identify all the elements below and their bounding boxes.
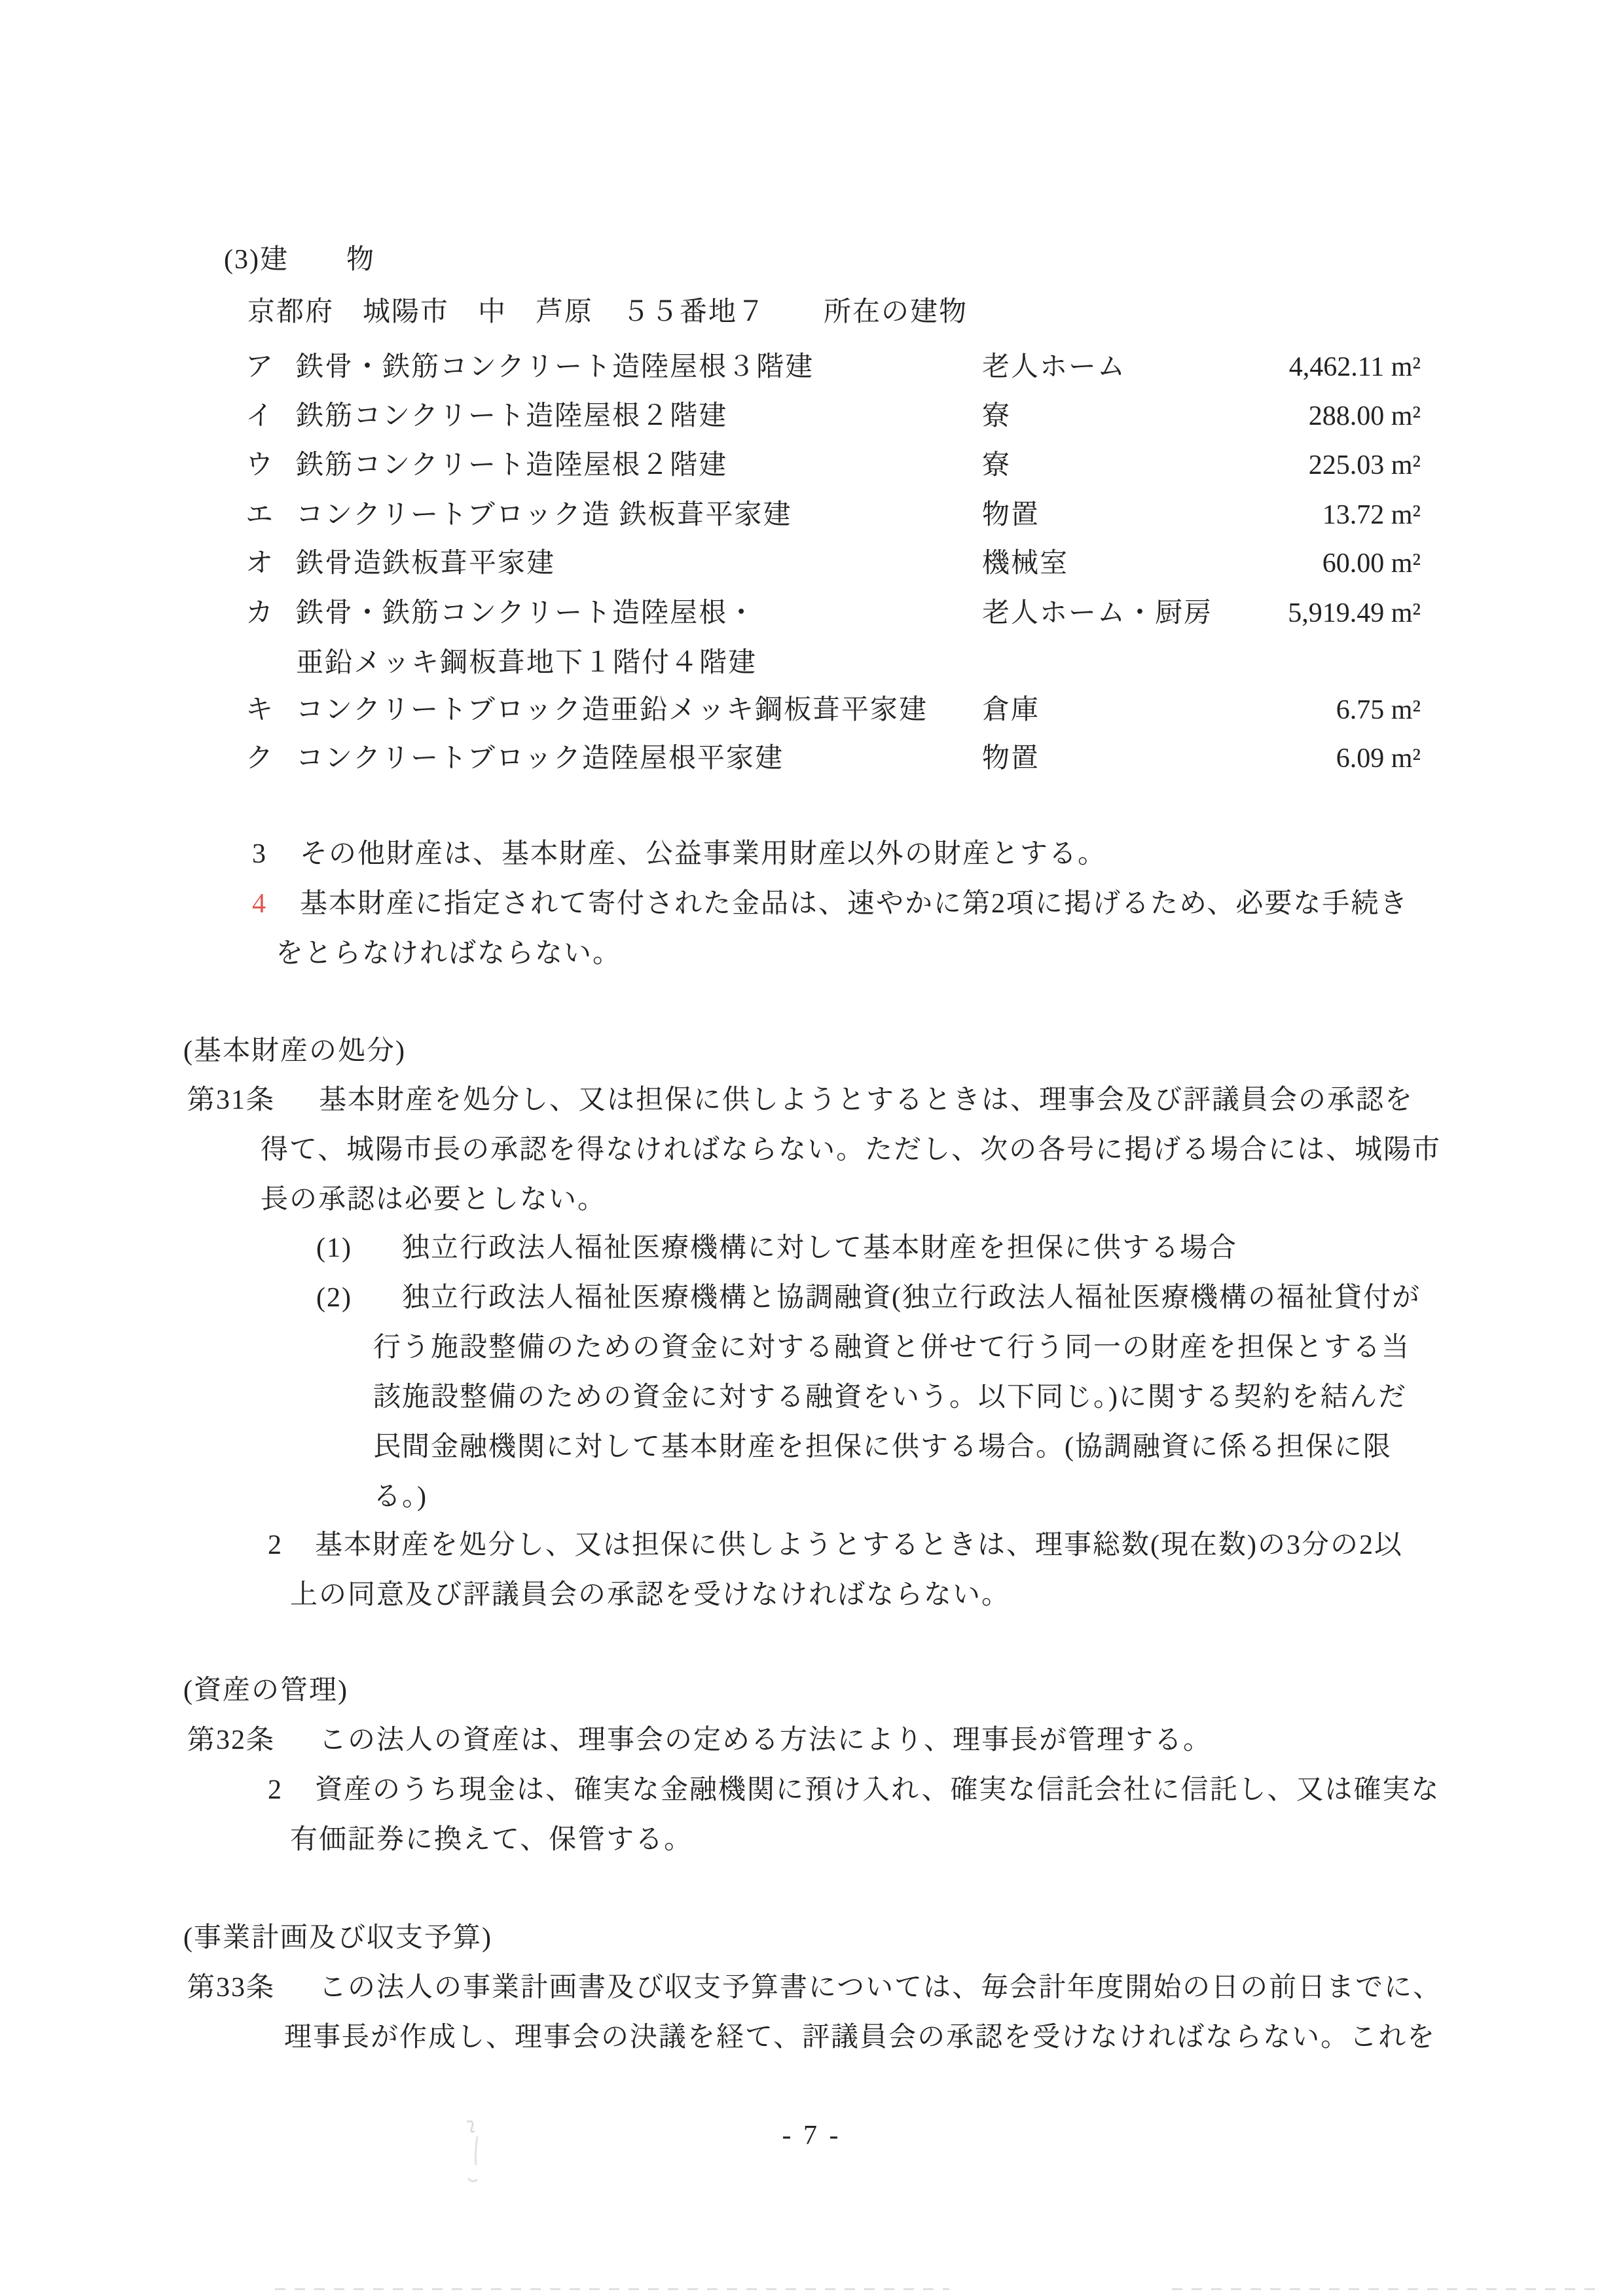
building-row-usage: 機械室 <box>982 550 1068 577</box>
building-row-usage: 寮 <box>982 452 1011 479</box>
article-32-heading: (資産の管理) <box>183 1677 348 1704</box>
building-row-area: 288.00 m² <box>1165 403 1421 430</box>
building-row: イ 鉄筋コンクリート造陸屋根２階建 寮 288.00 m² <box>0 403 1623 435</box>
article-31-item2-line4: 民間金融機関に対して基本財産を担保に供する場合。(協調融資に係る担保に限 <box>373 1433 1392 1461</box>
building-row-label: ア <box>246 353 273 381</box>
building-row-description: 鉄骨・鉄筋コンクリート造陸屋根・ <box>296 600 756 627</box>
article-32-label: 第32条 <box>187 1727 275 1754</box>
building-row-description: コンクリートブロック造陸屋根平家建 <box>296 745 784 772</box>
building-row: ウ 鉄筋コンクリート造陸屋根２階建 寮 225.03 m² <box>0 452 1623 484</box>
article-31-para2-line1: 基本財産を処分し、又は担保に供しようとするときは、理事総数(現在数)の3分の2以 <box>315 1532 1403 1559</box>
article-33-label: 第33条 <box>187 1974 275 2001</box>
building-row-usage: 物置 <box>982 745 1040 772</box>
article-31-item2-line2: 行う施設整備のための資金に対する融資と併せて行う同一の財産を担保とする当 <box>373 1334 1410 1361</box>
building-row: オ 鉄骨造鉄板葺平家建 機械室 60.00 m² <box>0 550 1623 583</box>
article-33-heading: (事業計画及び収支予算) <box>183 1924 492 1952</box>
article-33-line2: 理事長が作成し、理事会の決議を経て、評議員会の承認を受けなければならない。これを <box>284 2024 1436 2051</box>
building-row-description: コンクリートブロック造 鉄板葺平家建 <box>296 501 792 529</box>
building-row-area: 225.03 m² <box>1165 452 1421 479</box>
building-row-usage: 寮 <box>982 403 1011 430</box>
article-31-line2: 得て、城陽市長の承認を得なければならない。ただし、次の各号に掲げる場合には、城陽… <box>261 1136 1441 1164</box>
building-row-usage: 老人ホーム <box>982 353 1126 381</box>
article-31-item2-line1: 独立行政法人福祉医療機構と協調融資(独立行政法人福祉医療機構の福祉貸付が <box>402 1284 1421 1312</box>
buildings-location-line: 京都府 城陽市 中 芦原 ５５番地７ 所在の建物 <box>247 298 968 326</box>
article-31-line3: 長の承認は必要としない。 <box>261 1186 606 1213</box>
article-32-para2-line1: 資産のうち現金は、確実な金融機関に預け入れ、確実な信託会社に信託し、又は確実な <box>315 1776 1440 1804</box>
article-32-para2-number: 2 <box>268 1776 283 1804</box>
building-row-area: 60.00 m² <box>1165 550 1421 577</box>
building-row-description: 鉄筋コンクリート造陸屋根２階建 <box>296 452 727 479</box>
article-31-heading: (基本財産の処分) <box>183 1037 406 1065</box>
building-row: キ コンクリートブロック造亜鉛メッキ鋼板葺平家建 倉庫 6.75 m² <box>0 696 1623 729</box>
article-33-line1: この法人の事業計画書及び収支予算書については、毎会計年度開始の日の前日までに、 <box>319 1974 1442 2001</box>
buildings-heading: (3)建 物 <box>224 246 375 274</box>
article-31-para2-line2: 上の同意及び評議員会の承認を受けなければならない。 <box>290 1581 1010 1609</box>
building-row-description: 鉄骨・鉄筋コンクリート造陸屋根３階建 <box>296 353 814 381</box>
article-31-item2-line5: る。) <box>373 1483 428 1511</box>
building-row: エ コンクリートブロック造 鉄板葺平家建 物置 13.72 m² <box>0 501 1623 534</box>
building-row-description: 鉄骨造鉄板葺平家建 <box>296 550 555 577</box>
building-row-label: エ <box>246 501 273 529</box>
paragraph-3-number: 3 <box>252 840 267 868</box>
article-31-item1-number: (1) <box>316 1234 352 1262</box>
article-31-item2-number: (2) <box>316 1284 352 1312</box>
paragraph-4-number-red: 4 <box>252 890 267 918</box>
building-row-area: 13.72 m² <box>1165 501 1421 529</box>
building-row-label: オ <box>246 550 273 577</box>
building-row-area: 6.09 m² <box>1165 745 1421 772</box>
scan-noise-line <box>275 2288 949 2290</box>
building-row-area: 4,462.11 m² <box>1165 353 1421 381</box>
building-row-usage: 物置 <box>982 501 1040 529</box>
building-row-description: 鉄筋コンクリート造陸屋根２階建 <box>296 403 727 430</box>
article-32-para2-line2: 有価証券に換えて、保管する。 <box>290 1826 693 1854</box>
paragraph-3-text: その他財産は、基本財産、公益事業用財産以外の財産とする。 <box>300 840 1106 868</box>
article-31-line1: 基本財産を処分し、又は担保に供しようとするときは、理事会及び評議員会の承認を <box>319 1086 1413 1114</box>
article-32-line1: この法人の資産は、理事会の定める方法により、理事長が管理する。 <box>319 1727 1212 1754</box>
article-31-item1-text: 独立行政法人福祉医療機構に対して基本財産を担保に供する場合 <box>402 1234 1237 1262</box>
building-row: ア 鉄骨・鉄筋コンクリート造陸屋根３階建 老人ホーム 4,462.11 m² <box>0 353 1623 386</box>
article-31-para2-number: 2 <box>268 1532 283 1559</box>
page-number: - 7 - <box>0 2122 1623 2149</box>
building-row-label: キ <box>246 696 273 724</box>
building-row: カ 鉄骨・鉄筋コンクリート造陸屋根・ 老人ホーム・厨房 5,919.49 m² <box>0 600 1623 632</box>
scan-noise-line <box>1172 2288 1597 2290</box>
building-row-description-cont: 亜鉛メッキ鋼板葺地下１階付４階建 <box>296 649 757 677</box>
building-row-label: カ <box>246 600 273 627</box>
building-row: ク コンクリートブロック造陸屋根平家建 物置 6.09 m² <box>0 745 1623 778</box>
scanned-document-page: (3)建 物 京都府 城陽市 中 芦原 ５５番地７ 所在の建物 ア 鉄骨・鉄筋コ… <box>0 0 1623 2296</box>
building-row-area: 6.75 m² <box>1165 696 1421 724</box>
building-row-label: ウ <box>246 452 273 479</box>
article-31-item2-line3: 該施設整備のための資金に対する融資をいう。以下同じ。)に関する契約を結んだ <box>373 1384 1407 1411</box>
paragraph-4-text-line2: をとらなければならない。 <box>276 940 621 967</box>
building-row-area: 5,919.49 m² <box>1165 600 1421 627</box>
paragraph-4-text-line1: 基本財産に指定されて寄付された金品は、速やかに第2項に掲げるため、必要な手続き <box>300 890 1408 918</box>
building-row-label: イ <box>246 403 273 430</box>
article-31-label: 第31条 <box>187 1086 275 1114</box>
building-row-label: ク <box>246 745 273 772</box>
building-row-description: コンクリートブロック造亜鉛メッキ鋼板葺平家建 <box>296 696 928 724</box>
building-row-usage: 倉庫 <box>982 696 1040 724</box>
